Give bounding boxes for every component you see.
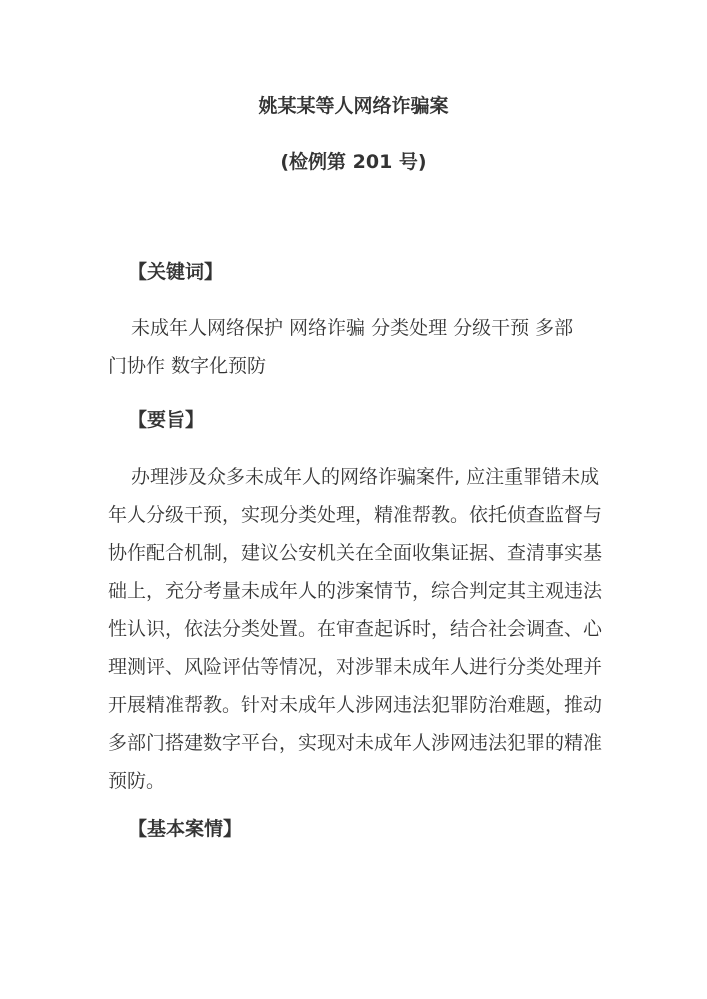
summary-line: 础上，充分考量未成年人的涉案情节，综合判定其主观违法 bbox=[108, 572, 602, 610]
case-number: (检例第 201 号) bbox=[0, 150, 707, 174]
summary-line: 协作配合机制，建议公安机关在全面收集证据、查清事实基 bbox=[108, 534, 602, 572]
keywords-line: 未成年人网络保护 网络诈骗 分类处理 分级干预 多部 bbox=[108, 309, 602, 347]
summary-line: 办理涉及众多未成年人的网络诈骗案件, 应注重罪错未成 bbox=[108, 458, 602, 496]
summary-line: 预防。 bbox=[108, 762, 602, 800]
summary-heading: 【要旨】 bbox=[128, 408, 204, 432]
summary-line: 理测评、风险评估等情况，对涉罪未成年人进行分类处理并 bbox=[108, 648, 602, 686]
summary-line: 开展精准帮教。针对未成年人涉网违法犯罪防治难题，推动 bbox=[108, 686, 602, 724]
summary-line: 性认识，依法分类处置。在审查起诉时，结合社会调查、心 bbox=[108, 610, 602, 648]
keywords-line: 门协作 数字化预防 bbox=[108, 347, 602, 385]
summary-paragraph: 办理涉及众多未成年人的网络诈骗案件, 应注重罪错未成 年人分级干预，实现分类处理… bbox=[108, 458, 602, 800]
case-facts-heading: 【基本案情】 bbox=[128, 817, 242, 841]
keywords-heading: 【关键词】 bbox=[128, 260, 223, 284]
document-title: 姚某某等人网络诈骗案 bbox=[0, 94, 707, 118]
keywords-paragraph: 未成年人网络保护 网络诈骗 分类处理 分级干预 多部 门协作 数字化预防 bbox=[108, 309, 602, 385]
summary-line: 多部门搭建数字平台，实现对未成年人涉网违法犯罪的精准 bbox=[108, 724, 602, 762]
summary-line: 年人分级干预，实现分类处理，精准帮教。依托侦查监督与 bbox=[108, 496, 602, 534]
document-page: 姚某某等人网络诈骗案 (检例第 201 号) 【关键词】 未成年人网络保护 网络… bbox=[0, 0, 707, 999]
